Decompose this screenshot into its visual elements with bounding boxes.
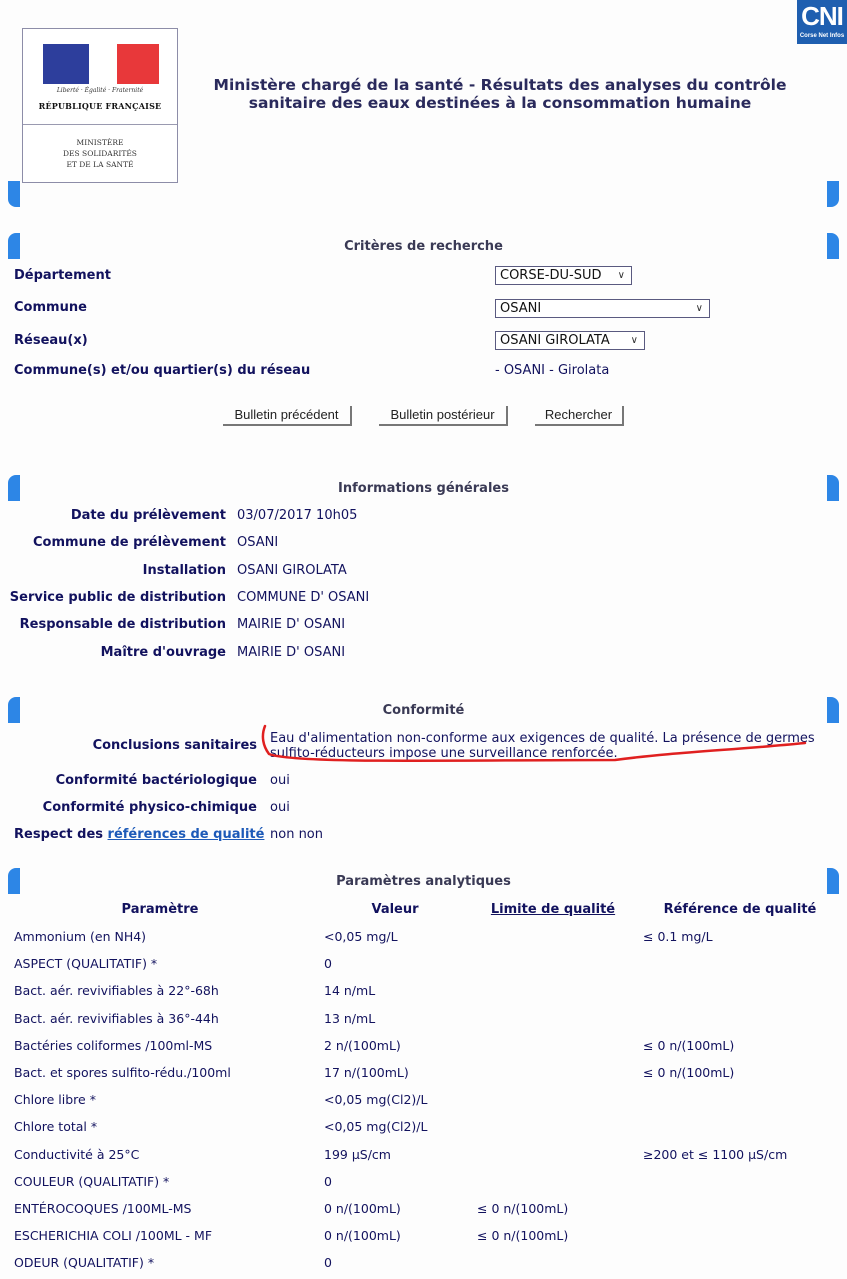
logo-motto: Liberté · Égalité · Fraternité bbox=[23, 87, 177, 94]
physico-label: Conformité physico-chimique bbox=[0, 800, 257, 815]
respect-prefix: Respect des bbox=[14, 827, 108, 842]
commune-select[interactable]: OSANI ∨ bbox=[495, 299, 710, 318]
param-name: Bactéries coliformes /100ml-MS bbox=[14, 1038, 212, 1053]
param-value: 13 n/mL bbox=[324, 1011, 375, 1026]
param-name: Bact. aér. revivifiables à 36°-44h bbox=[14, 1011, 219, 1026]
cni-badge-small: Corse Net Infos bbox=[797, 32, 847, 40]
departement-select[interactable]: CORSE-DU-SUD ∨ bbox=[495, 266, 632, 285]
red-handwritten-underline bbox=[255, 722, 815, 774]
departement-select-value: CORSE-DU-SUD bbox=[500, 268, 602, 283]
param-value: <0,05 mg(Cl2)/L bbox=[324, 1119, 427, 1134]
column-header-limite-link[interactable]: Limite de qualité bbox=[478, 902, 628, 917]
general-info-label: Maître d'ouvrage bbox=[0, 645, 226, 660]
param-name: Bact. et spores sulfito-rédu./100ml bbox=[14, 1065, 231, 1080]
param-reference: ≤ 0 n/(100mL) bbox=[643, 1065, 734, 1080]
conformite-section-title: Conformité bbox=[0, 703, 847, 718]
page-title-line1: Ministère chargé de la santé - Résultats… bbox=[200, 76, 800, 94]
general-info-value: 03/07/2017 10h05 bbox=[237, 508, 357, 523]
quartiers-label: Commune(s) et/ou quartier(s) du réseau bbox=[14, 363, 310, 378]
quartiers-value: - OSANI - Girolata bbox=[495, 363, 609, 378]
param-limit: ≤ 0 n/(100mL) bbox=[477, 1201, 568, 1216]
param-name: Ammonium (en NH4) bbox=[14, 929, 146, 944]
general-section-title: Informations générales bbox=[0, 481, 847, 496]
cni-badge: CNI Corse Net Infos bbox=[797, 0, 847, 44]
reseau-label: Réseau(x) bbox=[14, 333, 88, 348]
logo-ministry: MINISTÈRE DES SOLIDARITÉS ET DE LA SANTÉ bbox=[23, 137, 177, 170]
page-title: Ministère chargé de la santé - Résultats… bbox=[200, 76, 800, 112]
param-reference: ≥200 et ≤ 1100 µS/cm bbox=[643, 1147, 787, 1162]
param-reference: ≤ 0 n/(100mL) bbox=[643, 1038, 734, 1053]
param-limit: ≤ 0 n/(100mL) bbox=[477, 1228, 568, 1243]
next-bulletin-button[interactable]: Bulletin postérieur bbox=[379, 406, 508, 426]
param-value: <0,05 mg(Cl2)/L bbox=[324, 1092, 427, 1107]
reseau-select-value: OSANI GIROLATA bbox=[500, 333, 610, 348]
commune-select-value: OSANI bbox=[500, 301, 541, 316]
param-value: 0 bbox=[324, 956, 332, 971]
column-header-parametre: Paramètre bbox=[60, 902, 260, 917]
column-header-reference: Référence de qualité bbox=[640, 902, 840, 917]
criteria-section-title: Critères de recherche bbox=[0, 239, 847, 254]
param-value: <0,05 mg/L bbox=[324, 929, 398, 944]
general-info-label: Responsable de distribution bbox=[0, 617, 226, 632]
general-info-label: Installation bbox=[0, 563, 226, 578]
page-title-line2: sanitaire des eaux destinées à la consom… bbox=[200, 94, 800, 112]
param-reference: ≤ 0.1 mg/L bbox=[643, 929, 713, 944]
commune-label: Commune bbox=[14, 300, 87, 315]
corner-tab-icon bbox=[8, 181, 20, 207]
general-info-value: MAIRIE D' OSANI bbox=[237, 617, 345, 632]
param-value: 0 bbox=[324, 1255, 332, 1270]
bacterio-value: oui bbox=[270, 773, 290, 788]
param-name: COULEUR (QUALITATIF) * bbox=[14, 1174, 169, 1189]
corner-tab-icon bbox=[827, 181, 839, 207]
respect-label: Respect des références de qualité bbox=[14, 827, 264, 842]
param-value: 0 n/(100mL) bbox=[324, 1201, 401, 1216]
cni-badge-big: CNI bbox=[797, 0, 847, 32]
param-name: Bact. aér. revivifiables à 22°-68h bbox=[14, 983, 219, 998]
param-name: ENTÉROCOQUES /100ML-MS bbox=[14, 1201, 192, 1216]
republique-francaise-logo: Liberté · Égalité · Fraternité RÉPUBLIQU… bbox=[22, 28, 178, 183]
physico-value: oui bbox=[270, 800, 290, 815]
param-value: 0 n/(100mL) bbox=[324, 1228, 401, 1243]
marianne-flag-icon bbox=[43, 44, 159, 84]
general-info-label: Service public de distribution bbox=[0, 590, 226, 605]
general-info-value: OSANI GIROLATA bbox=[237, 563, 347, 578]
param-value: 2 n/(100mL) bbox=[324, 1038, 401, 1053]
chevron-down-icon: ∨ bbox=[631, 332, 638, 349]
departement-label: Département bbox=[14, 268, 111, 283]
params-section-title: Paramètres analytiques bbox=[0, 874, 847, 889]
general-info-label: Date du prélèvement bbox=[0, 508, 226, 523]
param-name: ODEUR (QUALITATIF) * bbox=[14, 1255, 154, 1270]
bacterio-label: Conformité bactériologique bbox=[0, 773, 257, 788]
conclusions-label: Conclusions sanitaires bbox=[0, 738, 257, 753]
respect-value: non non bbox=[270, 827, 323, 842]
param-name: ASPECT (QUALITATIF) * bbox=[14, 956, 157, 971]
general-info-value: MAIRIE D' OSANI bbox=[237, 645, 345, 660]
param-name: Chlore libre * bbox=[14, 1092, 96, 1107]
reseau-select[interactable]: OSANI GIROLATA ∨ bbox=[495, 331, 645, 350]
quality-references-link[interactable]: références de qualité bbox=[108, 827, 265, 842]
general-info-value: OSANI bbox=[237, 535, 278, 550]
chevron-down-icon: ∨ bbox=[618, 267, 625, 284]
param-value: 14 n/mL bbox=[324, 983, 375, 998]
general-info-label: Commune de prélèvement bbox=[0, 535, 226, 550]
param-value: 17 n/(100mL) bbox=[324, 1065, 409, 1080]
chevron-down-icon: ∨ bbox=[696, 300, 703, 317]
logo-republic: RÉPUBLIQUE FRANÇAISE bbox=[23, 101, 177, 111]
param-value: 0 bbox=[324, 1174, 332, 1189]
param-name: ESCHERICHIA COLI /100ML - MF bbox=[14, 1228, 212, 1243]
param-value: 199 µS/cm bbox=[324, 1147, 391, 1162]
previous-bulletin-button[interactable]: Bulletin précédent bbox=[223, 406, 352, 426]
column-header-valeur: Valeur bbox=[330, 902, 460, 917]
param-name: Chlore total * bbox=[14, 1119, 97, 1134]
search-button[interactable]: Rechercher bbox=[535, 406, 624, 426]
general-info-value: COMMUNE D' OSANI bbox=[237, 590, 369, 605]
param-name: Conductivité à 25°C bbox=[14, 1147, 139, 1162]
